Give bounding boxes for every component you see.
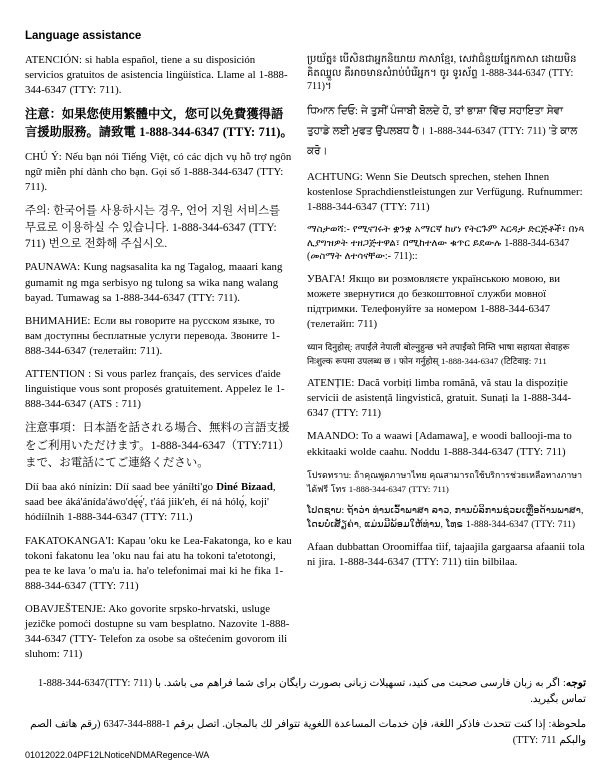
farsi-text: : اگر به زبان فارسی صحبت می کنید، تسهیلا…: [35, 678, 586, 704]
language-assistance-document: Language assistance ATENCIÓN: si habla e…: [0, 0, 600, 776]
right-column: ប្រយ័ត្ន៖ បើសិនជាអ្នកនិយាយ ភាសាខ្មែរ, សេ…: [307, 53, 586, 578]
notice-nepali: ध्यान दिनुहोस्: तपाईंले नेपाली बोल्नुहुन…: [307, 340, 586, 368]
notice-chinese-traditional: 注意：如果您使用繁體中文，您可以免費獲得語言援助服務。請致電 1-888-344…: [25, 106, 293, 142]
notice-arabic: ملحوظة: إذا كنت تتحدث فاذكر اللغة، فإن خ…: [25, 717, 586, 748]
notice-russian: ВНИМАНИЕ: Если вы говорите на русском яз…: [25, 314, 293, 359]
notice-vietnamese: CHÚ Ý: Nếu bạn nói Tiếng Việt, có các dị…: [25, 150, 293, 195]
notice-japanese: 注意事項：日本語を話される場合、無料の言語支援をご利用いただけます。1-888-…: [25, 420, 293, 472]
navajo-bold-dine-bizaad: Diné Bizaad: [216, 481, 273, 493]
notice-farsi: توجه: اگر به زبان فارسی صحبت می کنید، تس…: [25, 676, 586, 707]
notice-tagalog: PAUNAWA: Kung nagsasalita ka ng Tagalog,…: [25, 260, 293, 305]
notice-romanian: ATENȚIE: Dacă vorbiți limba română, vă s…: [307, 376, 586, 421]
page-title: Language assistance: [25, 30, 586, 42]
notice-korean: 주의: 한국어를 사용하시는 경우, 언어 지원 서비스를 무료로 이용하실 수…: [25, 203, 293, 252]
notice-ukrainian: УВАГА! Якщо ви розмовляєте українською м…: [307, 272, 586, 332]
left-column: ATENCIÓN: si habla español, tiene a su d…: [25, 53, 293, 670]
document-code: 01012022.04PF12LNoticeNDMARegence-WA: [25, 750, 209, 760]
notice-german: ACHTUNG: Wenn Sie Deutsch sprechen, steh…: [307, 170, 586, 215]
notice-amharic: ማስታወሻ:- የሚናገሩት ቋንቋ አማርኛ ከሆነ የትርጉም እርዳታ ድ…: [307, 223, 586, 264]
notice-tongan: FAKATOKANGA'I: Kapau 'oku ke Lea-Fakaton…: [25, 534, 293, 594]
notice-oromo: Afaan dubbattan Oroomiffaa tiif, tajaaji…: [307, 540, 586, 570]
notice-adamawa: MAANDO: To a waawi [Adamawa], e woodi ba…: [307, 429, 586, 459]
notice-punjabi: ਧਿਆਨ ਦਿਓ: ਜੇ ਤੁਸੀਂ ਪੰਜਾਬੀ ਬੋਲਦੇ ਹੋ, ਤਾਂ …: [307, 102, 586, 162]
bottom-notices: توجه: اگر به زبان فارسی صحبت می کنید، تس…: [25, 676, 586, 748]
notice-navajo: Díí baa akó nínízin: Díí saad bee yáníłt…: [25, 480, 293, 525]
notice-french: ATTENTION : Si vous parlez français, des…: [25, 367, 293, 412]
notice-lao: ໂປດຊາບ: ຖ້າວ່າ ທ່ານເວົ້າພາສາ ລາວ, ການບໍລ…: [307, 504, 586, 532]
notice-khmer: ប្រយ័ត្ន៖ បើសិនជាអ្នកនិយាយ ភាសាខ្មែរ, សេ…: [307, 53, 586, 94]
notice-thai: โปรดทราบ: ถ้าคุณพูดภาษาไทย คุณสามารถใช้บ…: [307, 468, 586, 496]
notice-columns: ATENCIÓN: si habla español, tiene a su d…: [25, 53, 586, 670]
notice-spanish: ATENCIÓN: si habla español, tiene a su d…: [25, 53, 293, 98]
notice-serbo-croatian: OBAVJEŠTENJE: Ako govorite srpsko-hrvats…: [25, 602, 293, 662]
farsi-bold-tavajjoh: توجه: [566, 678, 586, 689]
navajo-text-before: Díí baa akó nínízin: Díí saad bee yáníłt…: [25, 481, 216, 493]
